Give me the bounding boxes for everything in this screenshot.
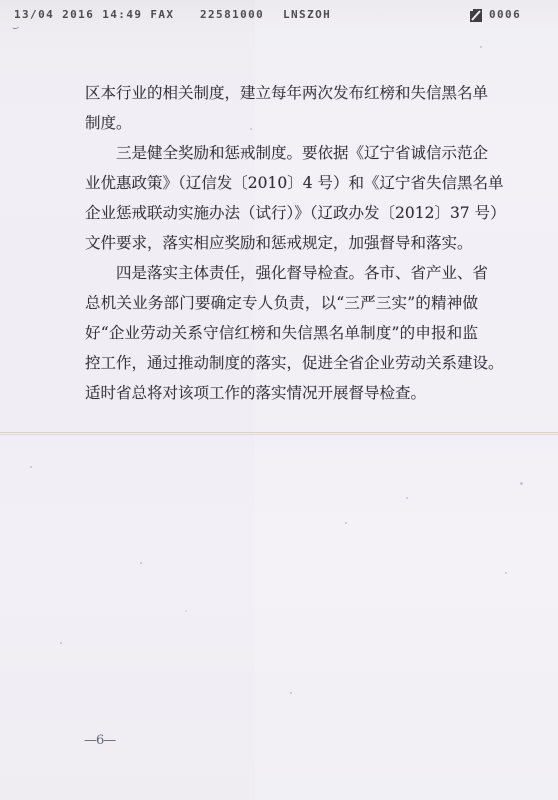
fax-datetime: 13/04 2016 14:49 FAX [14,8,174,21]
fax-number: 22581000 [200,8,264,21]
scan-artifact-line [0,432,558,433]
document-line: 控工作，通过推动制度的落实，促进全省企业劳动关系建设。 [85,348,478,378]
scan-speck [520,482,523,485]
document-line: 四是落实主体责任，强化督导检查。各市、省产业、省 [85,258,478,288]
document-text: 区本行业的相关制度，建立每年两次发布红榜和失信黑名单制度。三是健全奖励和惩戒制度… [85,78,478,408]
scan-artifact-line [0,434,558,435]
fax-header: 13/04 2016 14:49 FAX 22581000 LNSZOH 000… [0,8,558,26]
document-line: 三是健全奖励和惩戒制度。要依据《辽宁省诚信示范企 [85,138,478,168]
document-line: 业优惠政策》（辽信发〔2010〕4 号）和《辽宁省失信黑名单 [85,168,478,198]
document-line: 区本行业的相关制度，建立每年两次发布红榜和失信黑名单 [85,78,478,108]
document-line: 总机关业务部门要确定专人负责，以“三严三实”的精神做 [85,288,478,318]
fax-scanned-page: 13/04 2016 14:49 FAX 22581000 LNSZOH 000… [0,0,558,800]
scan-speck [345,522,347,524]
scan-speck [140,562,142,564]
fax-page-icon [470,9,482,22]
scan-speck [505,572,507,574]
document-line: 适时省总将对该项工作的落实情况开展督导检查。 [85,378,478,408]
scan-speck [30,466,32,468]
page-number: —6— [84,733,115,748]
fax-station-id: LNSZOH [283,8,331,21]
scan-speck [60,642,62,644]
scan-speck [406,497,408,499]
scan-speck [480,46,482,48]
scan-artifact-squiggle [12,24,20,30]
scan-speck [250,128,252,130]
scan-speck [185,610,187,612]
fax-page-counter: 0006 [489,8,521,21]
document-line: 文件要求，落实相应奖励和惩戒规定，加强督导和落实。 [85,228,478,258]
document-line: 企业惩戒联动实施办法（试行）》（辽政办发〔2012〕37 号） [85,198,478,228]
document-line: 好“企业劳动关系守信红榜和失信黑名单制度”的申报和监 [85,318,478,348]
scan-speck [290,692,292,694]
document-line: 制度。 [85,108,478,138]
